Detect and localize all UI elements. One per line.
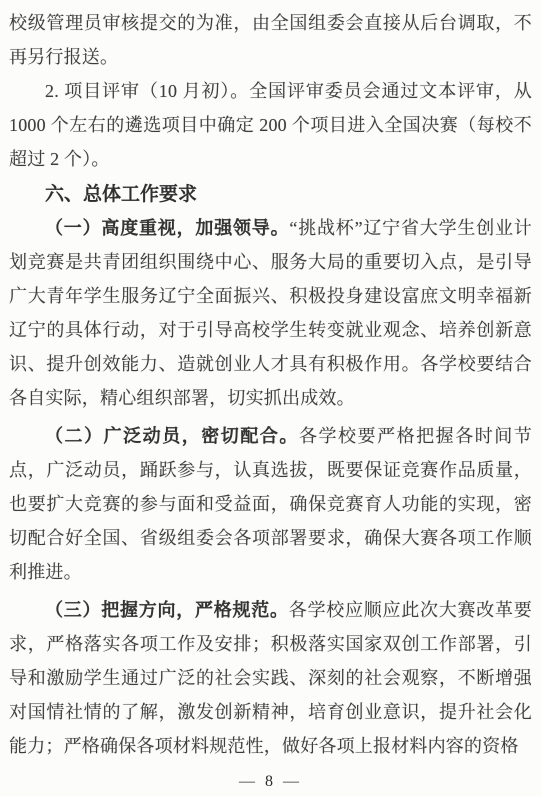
page-footer: — 8 — bbox=[0, 773, 541, 791]
page-number: — 8 — bbox=[239, 773, 302, 790]
paragraph-continuation: 校级管理员审核提交的为准，由全国组委会直接从后台调取，不再另行报送。 bbox=[9, 6, 532, 74]
document-page: 校级管理员审核提交的为准，由全国组委会直接从后台调取，不再另行报送。 2. 项目… bbox=[0, 0, 541, 796]
paragraph-text: 各学校应顺应此次大赛改革要求，严格落实各项工作及安排；积极落实国家双创工作部署，… bbox=[9, 600, 532, 756]
paragraph-text: “挑战杯”辽宁省大学生创业计划竞赛是共青团组织围绕中心、服务大局的重要切入点，是… bbox=[9, 218, 532, 408]
paragraph-point-2: （二）广泛动员，密切配合。各学校要严格把握各时间节点，广泛动员，踊跃参与，认真选… bbox=[9, 419, 532, 589]
paragraph-lead: （二）广泛动员，密切配合。 bbox=[45, 426, 299, 446]
paragraph-text: 校级管理员审核提交的为准，由全国组委会直接从后台调取，不再另行报送。 bbox=[9, 13, 532, 67]
paragraph-point-1: （一）高度重视，加强领导。“挑战杯”辽宁省大学生创业计划竞赛是共青团组织围绕中心… bbox=[9, 211, 532, 415]
paragraph-text: 2. 项目评审（10 月初）。全国评审委员会通过文本评审，从 1000 个左右的… bbox=[9, 81, 532, 169]
paragraph-lead: （三）把握方向，严格规范。 bbox=[45, 600, 289, 620]
paragraph-text: 各学校要严格把握各时间节点，广泛动员，踊跃参与，认真选拔，既要保证竞赛作品质量，… bbox=[9, 426, 532, 582]
paragraph-lead: （一）高度重视，加强领导。 bbox=[45, 218, 289, 238]
paragraph-item-2: 2. 项目评审（10 月初）。全国评审委员会通过文本评审，从 1000 个左右的… bbox=[9, 74, 532, 176]
section-heading: 六、总体工作要求 bbox=[9, 178, 532, 211]
document-body: 校级管理员审核提交的为准，由全国组委会直接从后台调取，不再另行报送。 2. 项目… bbox=[9, 6, 532, 763]
paragraph-point-3: （三）把握方向，严格规范。各学校应顺应此次大赛改革要求，严格落实各项工作及安排；… bbox=[9, 593, 532, 763]
